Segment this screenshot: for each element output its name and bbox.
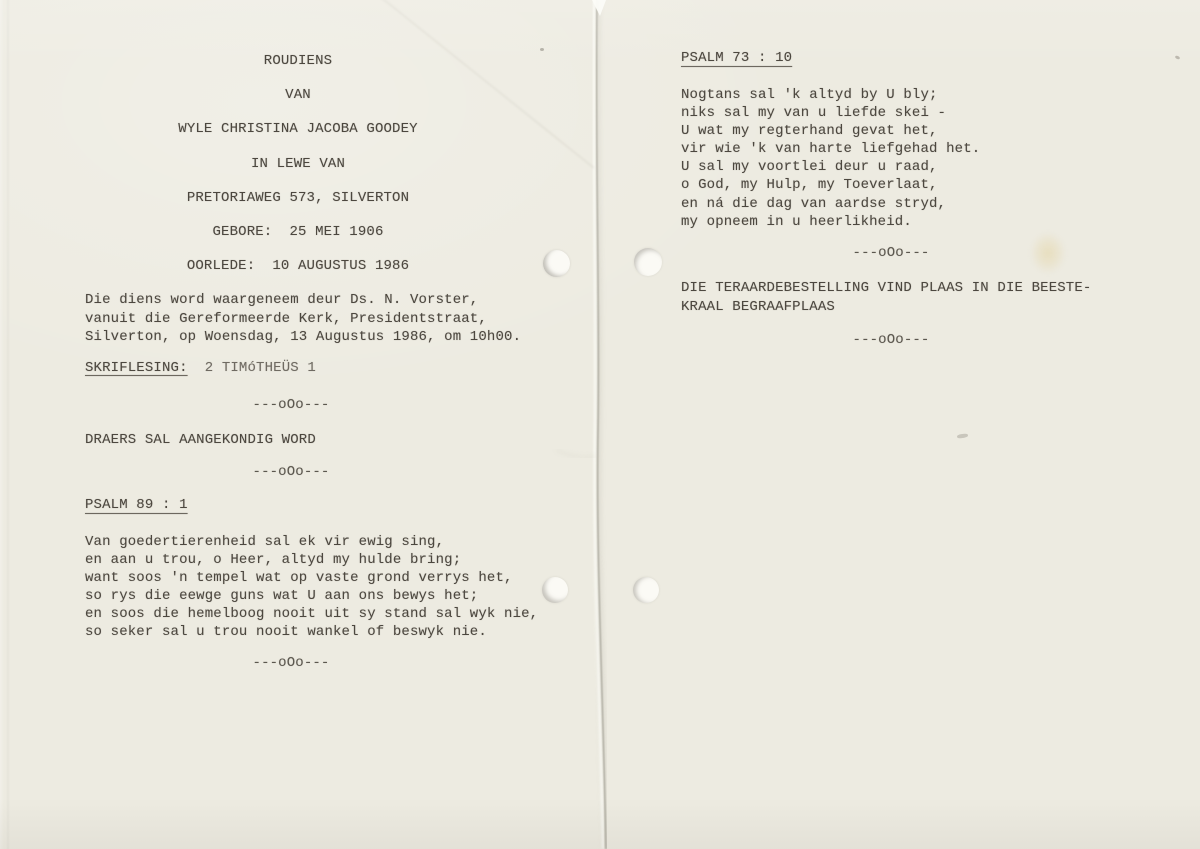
- psalm-heading-right: PSALM 73 : 10: [681, 49, 792, 67]
- text-line: en soos die hemelboog nooit uit sy stand…: [85, 605, 538, 623]
- psalm-text-right: Nogtans sal 'k altyd by U bly;niks sal m…: [681, 86, 980, 231]
- text-line: vanuit die Gereformeerde Kerk, President…: [85, 310, 521, 329]
- text-line: Van goedertierenheid sal ek vir ewig sin…: [85, 533, 538, 551]
- burial-notice: DIE TERAARDEBESTELLING VIND PLAAS IN DIE…: [681, 279, 1091, 316]
- punch-hole: [633, 577, 659, 603]
- punch-hole: [543, 250, 570, 277]
- text-line: niks sal my van u liefde skei -: [681, 104, 980, 122]
- scripture-value: 2 TIMóTHEÜS 1: [188, 360, 316, 376]
- text-line: Silverton, op Woensdag, 13 Augustus 1986…: [85, 328, 521, 347]
- text-line: so seker sal u trou nooit wankel of besw…: [85, 623, 538, 641]
- punch-hole: [634, 248, 662, 276]
- psalm-heading-left: PSALM 89 : 1: [85, 496, 188, 514]
- text-line: Nogtans sal 'k altyd by U bly;: [681, 86, 980, 104]
- text-line: IN LEWE VAN: [85, 155, 511, 189]
- text-line: WYLE CHRISTINA JACOBA GOODEY: [85, 120, 511, 154]
- text-line: VAN: [85, 86, 511, 120]
- text-line: vir wie 'k van harte liefgehad het.: [681, 140, 980, 158]
- scripture-label: SKRIFLESING:: [85, 360, 188, 376]
- title-block: ROUDIENSVANWYLE CHRISTINA JACOBA GOODEYI…: [85, 52, 511, 291]
- text-line: OORLEDE: 10 AUGUSTUS 1986: [85, 257, 511, 291]
- text-line: Die diens word waargeneem deur Ds. N. Vo…: [85, 291, 521, 310]
- text-line: want soos 'n tempel wat op vaste grond v…: [85, 569, 538, 587]
- text-line: en ná die dag van aardse stryd,: [681, 195, 980, 213]
- text-line: my opneem in u heerlikheid.: [681, 213, 980, 231]
- section-divider: ---oOo---: [85, 654, 497, 672]
- text-line: U wat my regterhand gevat het,: [681, 122, 980, 140]
- text-line: GEBORE: 25 MEI 1906: [85, 223, 511, 257]
- section-divider: ---oOo---: [85, 396, 497, 414]
- scanned-funeral-program: ROUDIENSVANWYLE CHRISTINA JACOBA GOODEYI…: [0, 0, 1200, 849]
- text-line: so rys die eewge guns wat U aan ons bewy…: [85, 587, 538, 605]
- text-line: ROUDIENS: [85, 52, 511, 86]
- text-line: PRETORIAWEG 573, SILVERTON: [85, 189, 511, 223]
- text-line: U sal my voortlei deur u raad,: [681, 158, 980, 176]
- psalm-text-left: Van goedertierenheid sal ek vir ewig sin…: [85, 533, 538, 641]
- text-line: o God, my Hulp, my Toeverlaat,: [681, 176, 980, 194]
- service-details: Die diens word waargeneem deur Ds. N. Vo…: [85, 291, 521, 347]
- scripture-reading-line: SKRIFLESING: 2 TIMóTHEÜS 1: [85, 359, 316, 377]
- bearers-notice: DRAERS SAL AANGEKONDIG WORD: [85, 431, 316, 449]
- paper-speck: [540, 48, 544, 51]
- section-divider: ---oOo---: [681, 331, 1101, 349]
- punch-hole: [542, 577, 568, 603]
- section-divider: ---oOo---: [85, 463, 497, 481]
- section-divider: ---oOo---: [681, 244, 1101, 262]
- text-line: DIE TERAARDEBESTELLING VIND PLAAS IN DIE…: [681, 279, 1091, 298]
- text-line: KRAAL BEGRAAFPLAAS: [681, 298, 1091, 317]
- text-line: en aan u trou, o Heer, altyd my hulde br…: [85, 551, 538, 569]
